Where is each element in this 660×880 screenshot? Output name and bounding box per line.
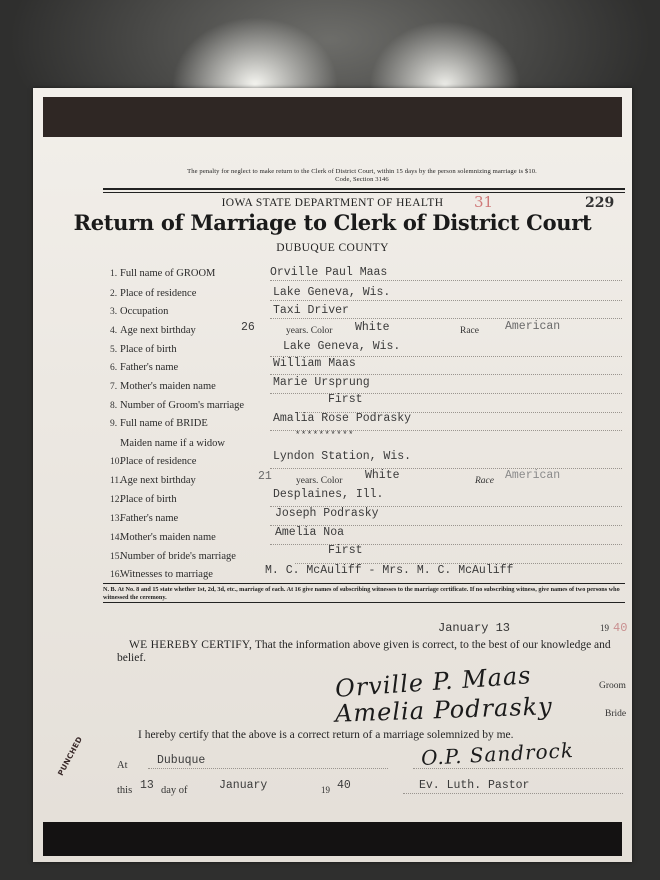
race-label: Race [460, 326, 479, 336]
field-label: Mother's maiden name [120, 381, 216, 392]
field-bride-mother: 14. Mother's maiden name Amelia Noa [110, 530, 630, 546]
race-label: Race [475, 476, 494, 486]
at-location: Dubuque [157, 754, 205, 767]
officiant-statement: I hereby certify that the above is a cor… [138, 729, 514, 741]
field-bride-residence: 10. Place of residence Lyndon Station, W… [110, 454, 630, 470]
field-label: Place of residence [120, 456, 196, 467]
field-label: Maiden name if a widow [120, 438, 225, 449]
field-value: Amelia Noa [275, 526, 344, 539]
certification-year-suffix: 40 [613, 621, 627, 635]
certification-date: January 13 [438, 621, 510, 635]
red-stamp-number: 31 [474, 193, 493, 211]
field-label: Age next birthday [120, 325, 196, 336]
field-groom-residence: 2. Place of residence Lake Geneva, Wis. [110, 286, 630, 302]
field-label: Mother's maiden name [120, 532, 216, 543]
years-color-label: years. Color [286, 326, 332, 336]
age-value: 21 [258, 470, 272, 483]
field-line [270, 544, 622, 545]
color-value: White [365, 469, 400, 482]
officiant-title: Ev. Luth. Pastor [419, 779, 529, 792]
field-line [270, 280, 622, 281]
record-number: 229 [585, 195, 614, 211]
ceremony-year-prefix: 19 [321, 785, 330, 795]
field-number: 8. [110, 401, 117, 411]
code-section: Code, Section 3146 [97, 176, 627, 184]
field-value: M. C. McAuliff - Mrs. M. C. McAuliff [265, 564, 513, 577]
field-line [270, 468, 622, 469]
field-label: Place of birth [120, 494, 177, 505]
field-value: Taxi Driver [273, 304, 349, 317]
field-number: 7. [110, 382, 117, 392]
race-value: American [505, 320, 560, 333]
field-groom-mother: 7. Mother's maiden name Marie Ursprung [110, 379, 630, 395]
field-line [270, 393, 622, 394]
field-label: Father's name [120, 362, 178, 373]
color-value: White [355, 321, 390, 334]
field-label: Full name of GROOM [120, 268, 215, 279]
department-heading: IOWA STATE DEPARTMENT OF HEALTH [33, 197, 632, 209]
groom-label: Groom [599, 681, 626, 691]
officiant-signature: O.P. Sandrock [420, 738, 574, 770]
bottom-black-bar [43, 822, 622, 856]
penalty-notice: The penalty for neglect to make return t… [97, 168, 627, 184]
nb-rule-top [103, 583, 625, 584]
marriage-return-document: The penalty for neglect to make return t… [33, 88, 632, 862]
nb-rule-bottom [103, 602, 625, 603]
race-value: American [505, 469, 560, 482]
field-number: 9. [110, 419, 117, 429]
at-line [148, 768, 388, 769]
nb-note: N. B. At No. 8 and 15 state whether 1st,… [103, 586, 628, 601]
ceremony-year-suffix: 40 [337, 779, 351, 792]
years-color-label: years. Color [296, 476, 342, 486]
bride-label: Bride [605, 709, 626, 719]
field-value: First [328, 393, 363, 406]
field-label: Place of birth [120, 344, 177, 355]
field-groom-occupation: 3. Occupation Taxi Driver [110, 304, 630, 320]
age-value: 26 [241, 321, 255, 334]
field-value: Joseph Podrasky [275, 507, 379, 520]
field-number: 1. [110, 269, 117, 279]
field-label: Father's name [120, 513, 178, 524]
field-line [270, 318, 622, 319]
field-line [270, 374, 622, 375]
field-label: Full name of BRIDE [120, 418, 208, 429]
field-label: Occupation [120, 306, 168, 317]
ceremony-day: 13 [140, 779, 154, 792]
field-bride-marriage-number: 15. Number of bride's marriage First [110, 549, 630, 565]
field-value: Marie Ursprung [273, 376, 370, 389]
field-number: 5. [110, 345, 117, 355]
field-number: 6. [110, 363, 117, 373]
punched-stamp: PUNCHED [56, 735, 84, 777]
field-value: Orville Paul Maas [270, 266, 387, 279]
top-black-bar [43, 97, 622, 137]
ceremony-month: January [219, 779, 267, 792]
certification-year-prefix: 19 [600, 623, 609, 633]
field-label: Number of bride's marriage [120, 551, 236, 562]
certify-caps: WE HEREBY CERTIFY, [129, 639, 252, 651]
field-value: Lyndon Station, Wis. [273, 450, 411, 463]
field-number: 2. [110, 289, 117, 299]
officiant-signature-line [413, 768, 623, 769]
field-label: Age next birthday [120, 475, 196, 486]
field-value: Amalia Rose Podrasky [273, 412, 411, 425]
field-label: Witnesses to marriage [120, 569, 213, 580]
field-label: Number of Groom's marriage [120, 400, 244, 411]
day-of-label: day of [161, 785, 188, 796]
at-label: At [117, 760, 128, 771]
field-bride-birthplace: 12. Place of birth Desplaines, Ill. [110, 492, 630, 508]
field-number: 4. [110, 326, 117, 336]
header-rule-thin [103, 192, 625, 193]
field-bride-father: 13. Father's name Joseph Podrasky [110, 511, 630, 527]
field-value: Lake Geneva, Wis. [273, 286, 390, 299]
field-bride-age-color-race: 11. Age next birthday 21 years. Color Wh… [110, 473, 630, 489]
field-line [270, 300, 622, 301]
field-number: 3. [110, 307, 117, 317]
field-value: Desplaines, Ill. [273, 488, 383, 501]
this-label: this [117, 785, 132, 796]
officiant-title-line [403, 793, 623, 794]
field-value: ********** [295, 430, 354, 440]
field-groom-birthplace: 5. Place of birth Lake Geneva, Wis. [110, 342, 630, 358]
field-groom-age-color-race: 4. Age next birthday 26 years. Color Whi… [110, 323, 630, 339]
field-groom-name: 1. Full name of GROOM Orville Paul Maas [110, 266, 630, 282]
county-heading: DUBUQUE COUNTY [33, 242, 632, 254]
header-rule-thick [103, 188, 625, 190]
field-value: William Maas [273, 357, 356, 370]
field-bride-name: 9. Full name of BRIDE Amalia Rose Podras… [110, 416, 630, 432]
certification-statement: WE HEREBY CERTIFY, That the information … [117, 639, 632, 665]
field-groom-father: 6. Father's name William Maas [110, 360, 630, 376]
field-value: Lake Geneva, Wis. [283, 340, 400, 353]
field-witnesses: 16. Witnesses to marriage M. C. McAuliff… [110, 567, 630, 583]
field-label: Place of residence [120, 288, 196, 299]
document-title: Return of Marriage to Clerk of District … [33, 210, 632, 235]
penalty-text: The penalty for neglect to make return t… [97, 168, 627, 176]
field-value: First [328, 544, 363, 557]
